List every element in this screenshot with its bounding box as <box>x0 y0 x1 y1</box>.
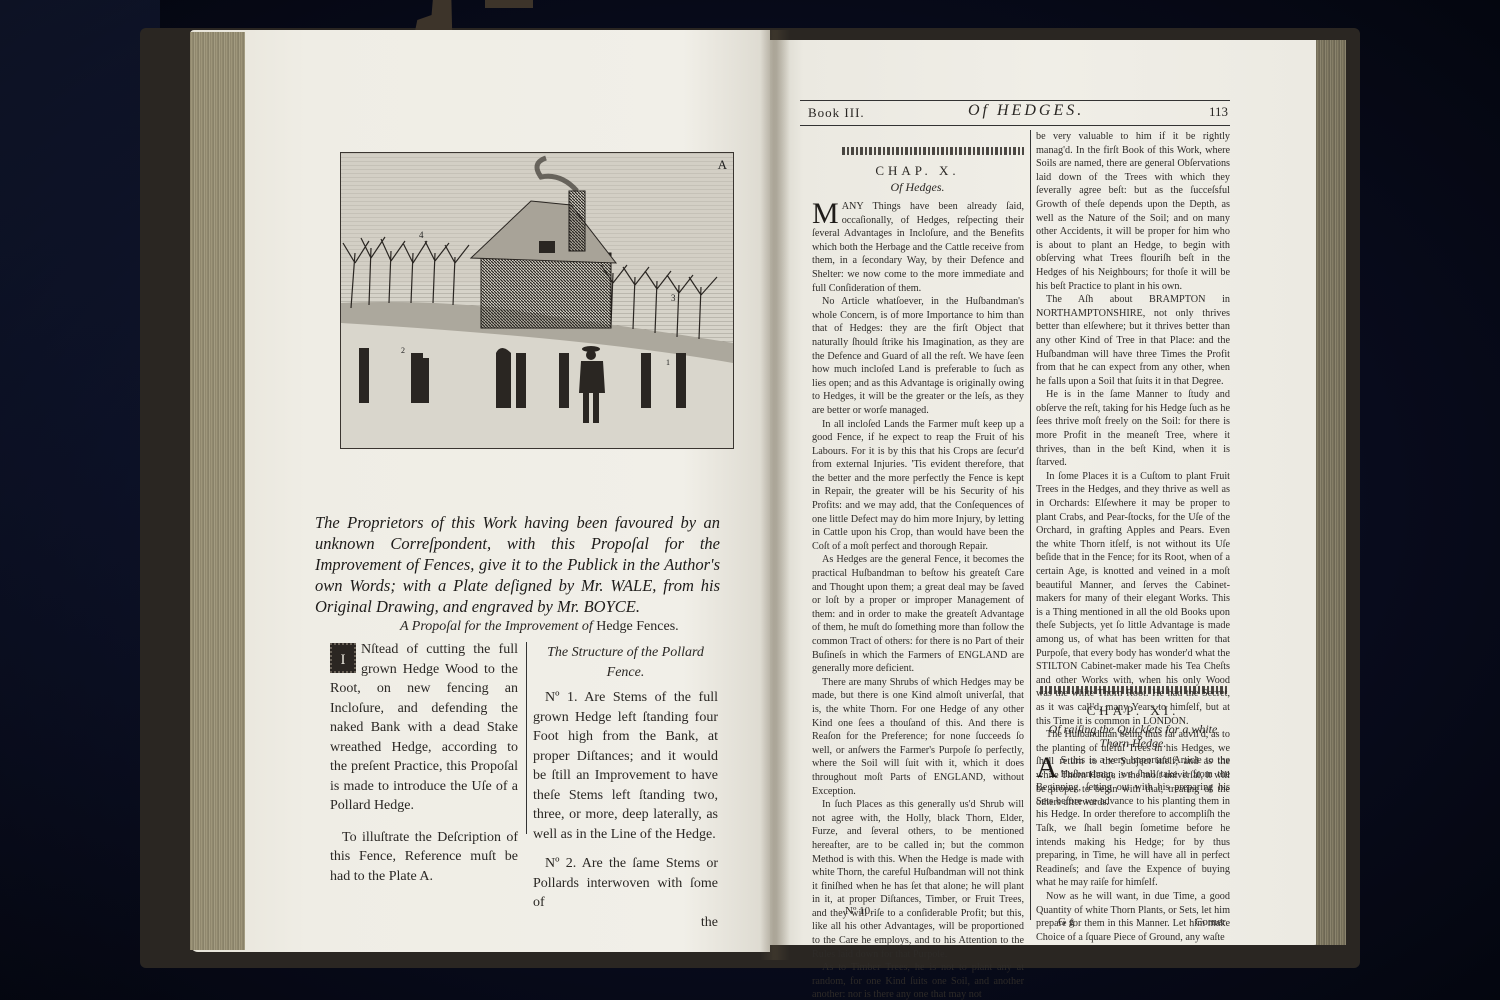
paragraph: In ſuch Places as this generally us'd Sh… <box>812 798 1024 961</box>
ornamental-dropcap: I <box>330 643 356 673</box>
svg-text:2: 2 <box>401 346 405 355</box>
book-gutter <box>760 30 790 960</box>
engraved-plate: 4 3 2 1 A <box>340 152 734 449</box>
paragraph: There are many Shrubs of which Hedges ma… <box>812 676 1024 798</box>
paragraph: To illuſtrate the Deſcription of this Fe… <box>330 828 518 887</box>
dropcap: M <box>812 202 839 226</box>
paragraph: As Hedges are the general Fence, it beco… <box>812 553 1024 675</box>
proposal-column-right: The Structure of the Pollard Fence. Nº 1… <box>533 643 718 932</box>
ornamental-rule <box>1040 686 1228 694</box>
page-number: 113 <box>1209 104 1228 120</box>
paragraph: be very valuable to him if it be rightly… <box>1036 130 1230 293</box>
proposal-column-left: I Nſtead of cutting the full grown Hedge… <box>330 640 518 898</box>
left-page-edges <box>190 32 245 950</box>
structure-subtitle: The Structure of the Pollard Fence. <box>533 643 718 682</box>
book-number: Book III. <box>808 105 865 121</box>
catchword: the <box>533 913 718 933</box>
paragraph: Nº 2. Are the ſame Stems or Pollards int… <box>533 854 718 913</box>
proposal-title: A Propoſal for the Improvement of Hedge … <box>400 619 679 635</box>
ornamental-rule <box>842 147 1024 155</box>
running-title: Of HEDGES. <box>968 102 1084 120</box>
column-divider <box>1030 130 1031 920</box>
svg-text:3: 3 <box>671 293 676 303</box>
chapter-heading: CHAP. XI. <box>1036 703 1230 719</box>
catchword: Corner <box>1195 916 1226 928</box>
background-cloth <box>0 0 160 1000</box>
running-head: Book III. Of HEDGES. 113 <box>800 100 1230 126</box>
paragraph: He is in the ſame Manner to ſtudy and ob… <box>1036 388 1230 470</box>
proposal-title-italic: A Propoſal for the Improvement of <box>400 619 593 634</box>
paragraph: As to Timber Trees, he is not to plant a… <box>812 961 1024 1000</box>
chapter-subtitle: Of raiſing the Quickſets for a white Tho… <box>1040 722 1226 750</box>
chapter-heading: CHAP. X. <box>805 163 1030 179</box>
dropcap: A <box>1036 756 1058 780</box>
paragraph: The Aſh about BRAMPTON in NORTHAMPTONSHI… <box>1036 293 1230 388</box>
signature-mark: G g <box>1058 916 1074 928</box>
column-divider <box>526 642 527 834</box>
paragraph: Nº 1. Are Stems of the full grown Hedge … <box>533 688 718 844</box>
right-page-edges <box>1316 40 1346 945</box>
paragraph: ANY Things have been already ſaid, occaſ… <box>812 200 1024 295</box>
paragraph: Nſtead of cutting the full grown Hedge W… <box>330 640 518 816</box>
structure-subtitle-italic: The Structure of the <box>547 645 658 660</box>
book-clasp-strap <box>485 0 533 8</box>
plate-letter: A <box>718 157 727 173</box>
paragraph: S this is a very important Article to th… <box>1036 754 1230 890</box>
proprietors-note: The Proprietors of this Work having been… <box>315 512 720 617</box>
proposal-title-roman: Hedge Fences. <box>596 619 678 634</box>
signature-mark: Nº 10. <box>845 905 873 917</box>
chapter-subtitle: Of Hedges. <box>805 180 1030 195</box>
paragraph: In all incloſed Lands the Farmer muſt ke… <box>812 418 1024 554</box>
paragraph: No Article whatſoever, in the Huſbandman… <box>812 295 1024 417</box>
cottage-engraving-icon: 4 3 2 1 <box>341 153 733 448</box>
right-page-column-1: M ANY Things have been already ſaid, occ… <box>812 200 1024 1000</box>
svg-text:1: 1 <box>666 358 670 367</box>
svg-text:4: 4 <box>419 230 424 240</box>
